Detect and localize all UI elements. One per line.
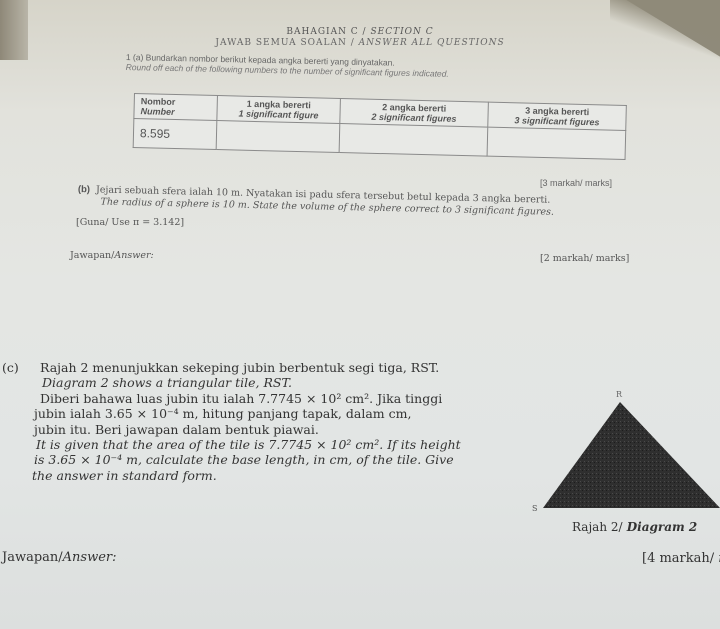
header-3sf: 3 angka bererti3 significant figures — [488, 102, 627, 130]
marks-1a: [3 markah/ marks] — [540, 178, 612, 188]
cell-number: 8.595 — [133, 119, 217, 150]
question-label: (c) — [2, 360, 19, 375]
marks-ms: [4 markah/ — [642, 551, 714, 566]
answer-label-ms: Jawapan/ — [2, 550, 63, 565]
section-instruction: JAWAB SEMUA SOALAN / ANSWER ALL QUESTION… — [0, 38, 720, 48]
header-en: 1 significant figure — [223, 108, 333, 121]
answer-label-1c: Jawapan/Answer: — [2, 550, 117, 565]
header-number: NomborNumber — [134, 94, 218, 121]
answer-cell-2sf[interactable] — [339, 124, 488, 157]
separator: / — [359, 27, 371, 37]
header-1sf: 1 angka bererti1 significant figure — [217, 96, 341, 124]
separator: / — [347, 38, 359, 48]
question-1c: (c) Rajah 2 menunjukkan sekeping jubin b… — [0, 360, 520, 483]
answer-label-en: Answer: — [63, 550, 117, 565]
vertex-label-r: R — [616, 390, 622, 399]
section-title-ms: BAHAGIAN C — [286, 27, 358, 37]
question-label: 1 (a) — [126, 52, 144, 62]
header-en: 3 significant figures — [494, 115, 619, 128]
marks-en: ma — [714, 551, 720, 566]
instruction-ms: JAWAB SEMUA SOALAN — [215, 38, 347, 48]
answer-label-en: Answer: — [114, 250, 153, 261]
pi-hint: [Guna/ Use π = 3.142] — [76, 217, 184, 228]
caption-ms: Rajah 2/ — [572, 520, 623, 534]
caption-en: Diagram 2 — [623, 520, 698, 534]
triangle-rst-diagram — [543, 400, 720, 510]
question-text-ms: jubin itu. Beri jawapan dalam bentuk pia… — [34, 422, 520, 437]
question-text-ms: Rajah 2 menunjukkan sekeping jubin berbe… — [40, 360, 520, 375]
question-text-en: the answer in standard form. — [32, 468, 520, 483]
section-title-en: SECTION C — [370, 27, 433, 37]
answer-label-1b: Jawapan/Answer: — [70, 250, 154, 261]
question-label: (b) — [78, 184, 90, 195]
answer-label-ms: Jawapan/ — [70, 250, 114, 261]
header-en: 2 significant figures — [346, 111, 481, 124]
marks-1b: [2 markah/ marks] — [540, 253, 629, 264]
question-text-en: Diagram 2 shows a triangular tile, RST. — [42, 375, 520, 390]
question-text-en: is 3.65 × 10⁻⁴ m, calculate the base len… — [34, 452, 520, 467]
diagram-caption: Rajah 2/ Diagram 2 — [572, 520, 697, 534]
answer-cell-3sf[interactable] — [487, 127, 626, 159]
marks-1c: [4 markah/ ma — [642, 551, 720, 566]
question-text-ms: jubin ialah 3.65 × 10⁻⁴ m, hitung panjan… — [34, 406, 520, 421]
vertex-label-s: S — [532, 504, 537, 513]
header-2sf: 2 angka bererti2 significant figures — [340, 99, 489, 128]
section-title: BAHAGIAN C / SECTION C — [0, 27, 720, 37]
question-text-ms: Diberi bahawa luas jubin itu ialah 7.774… — [40, 391, 520, 406]
header-en: Number — [140, 106, 210, 118]
question-text-en: It is given that the area of the tile is… — [36, 437, 520, 452]
exam-paper — [0, 0, 720, 629]
answer-cell-1sf[interactable] — [216, 121, 340, 153]
instruction-en: ANSWER ALL QUESTIONS — [359, 38, 505, 48]
